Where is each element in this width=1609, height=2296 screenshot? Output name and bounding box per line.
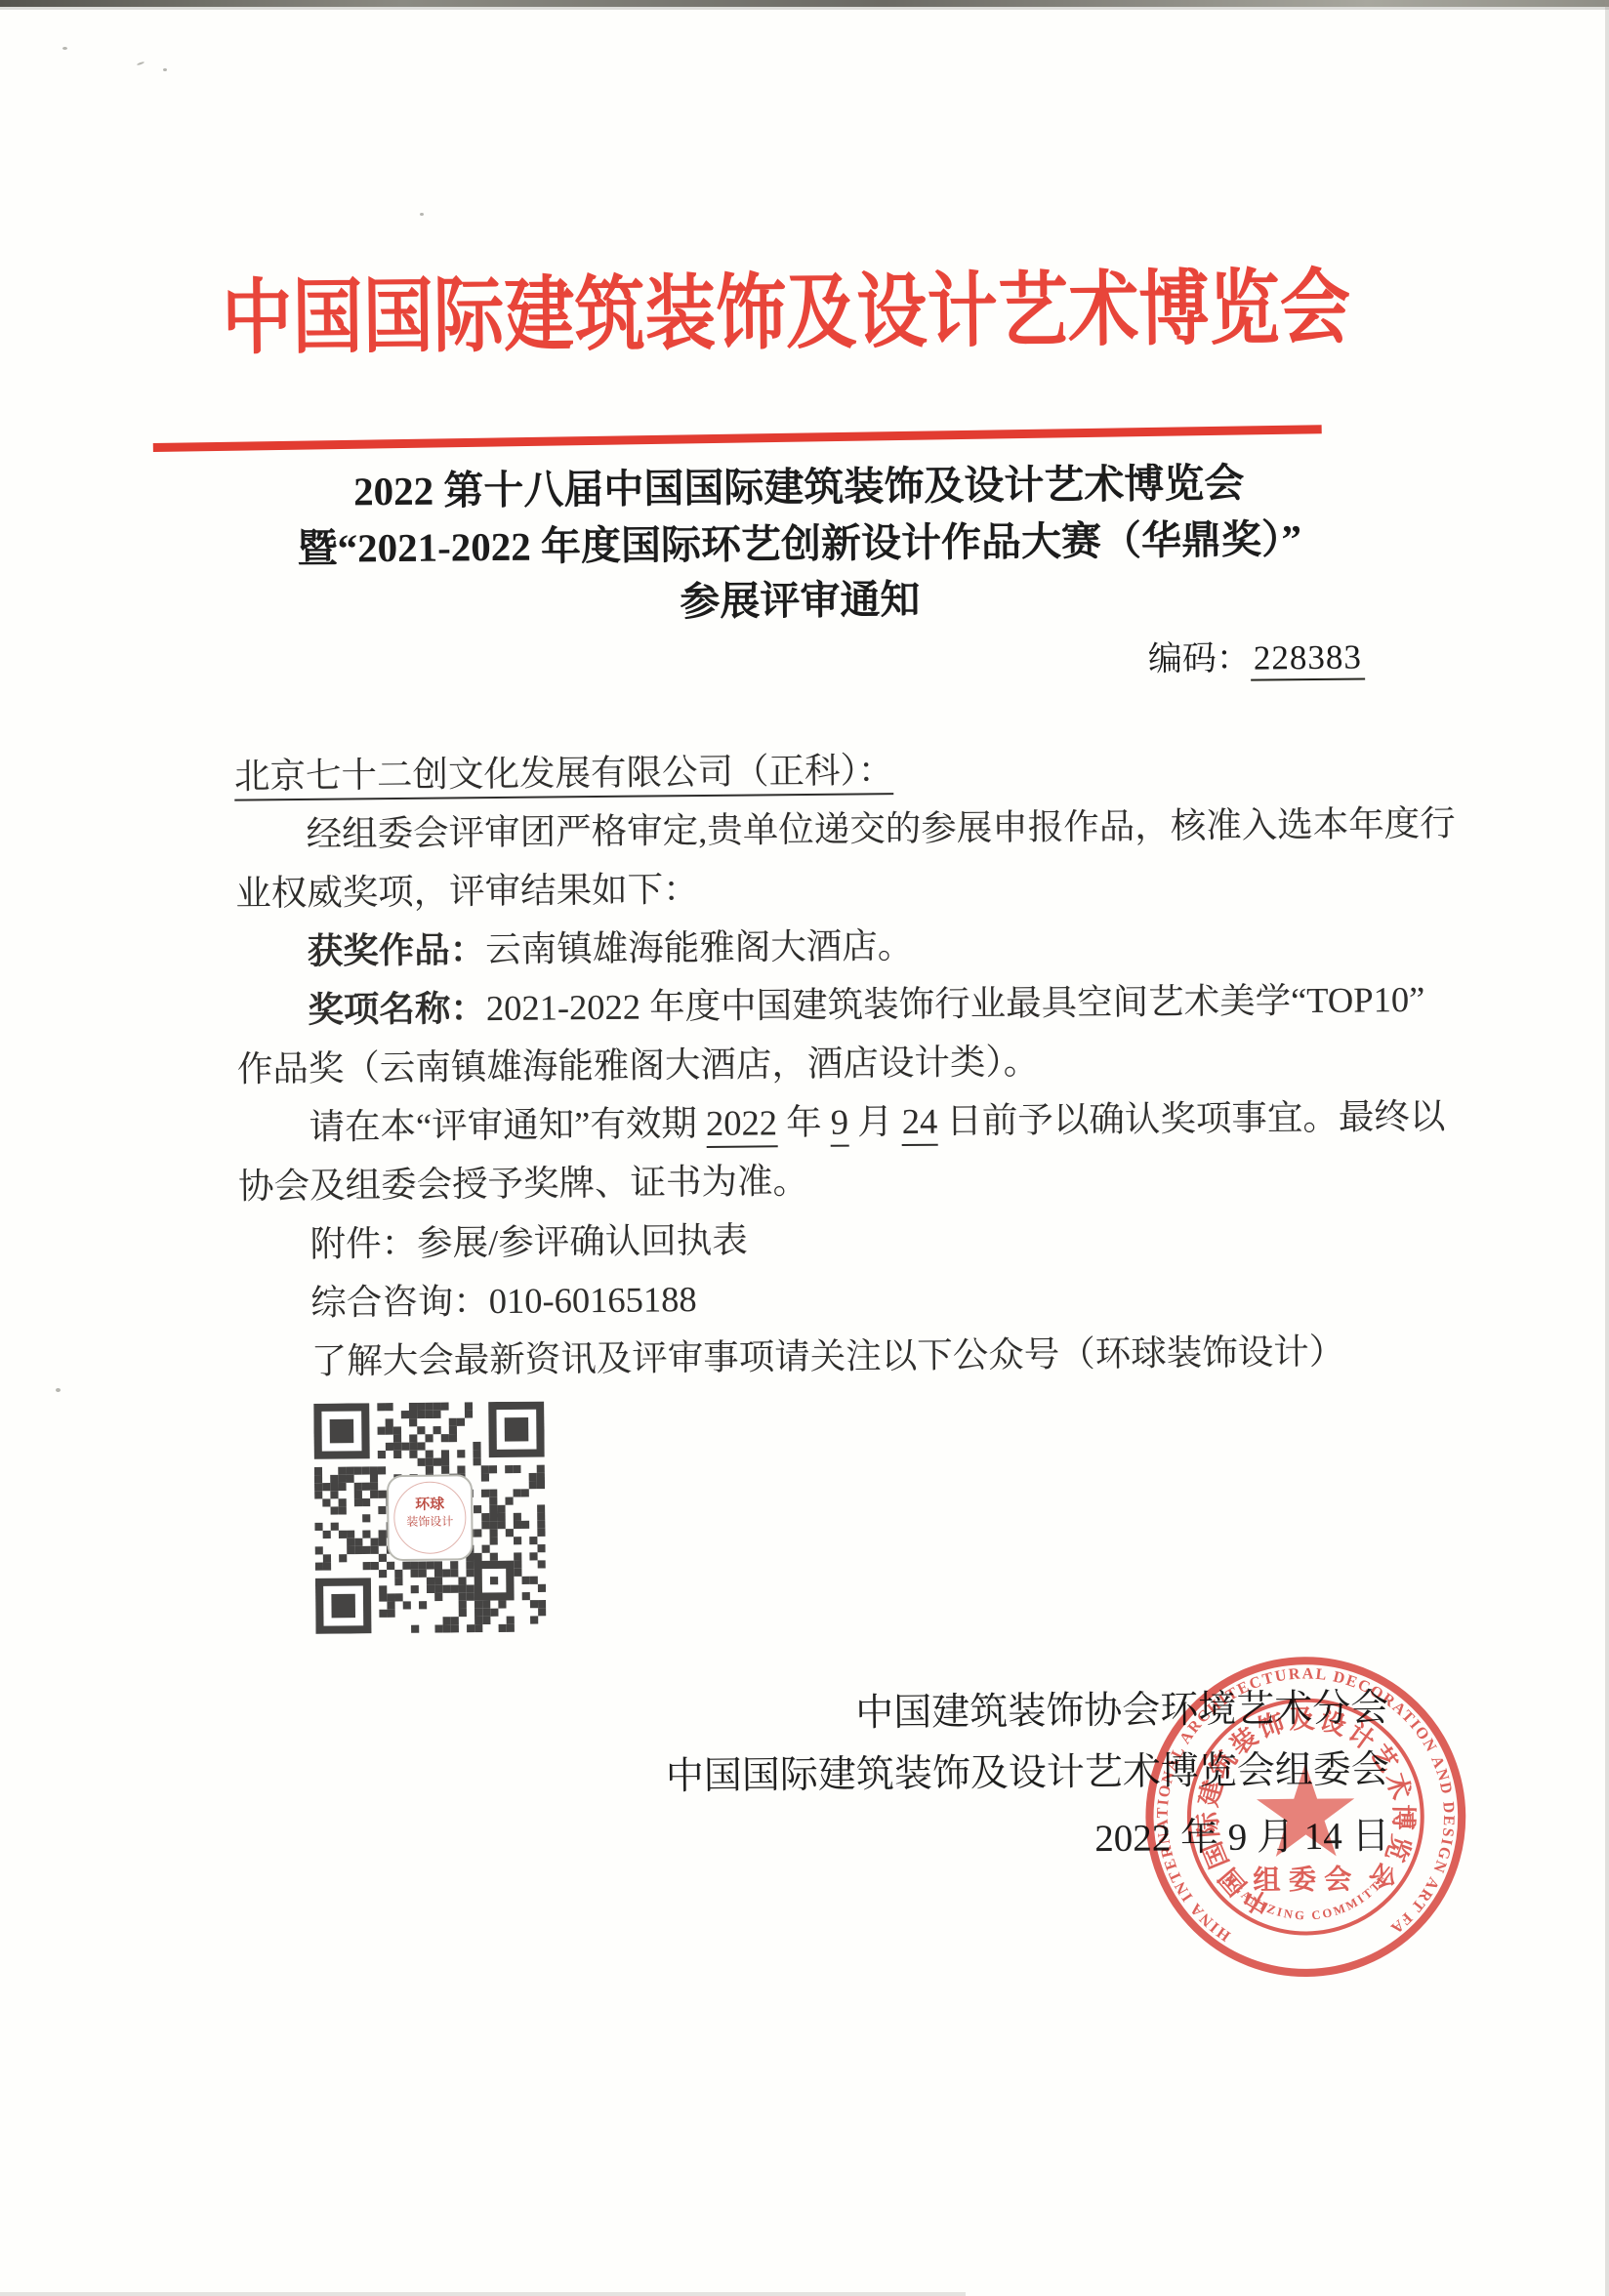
text-segment: 附件：参展/参评确认回执表 bbox=[309, 1220, 748, 1264]
text-segment: 24 bbox=[902, 1101, 938, 1146]
notice-body: 北京七十二创文化发展有限公司（正科）：经组委会评审团严格审定,贵单位递交的参展申… bbox=[234, 736, 1431, 1392]
document-code: 编码：228383 bbox=[1148, 630, 1365, 680]
text-segment: 了解大会最新资讯及评审事项请关注以下公众号（环球装饰设计） bbox=[311, 1332, 1345, 1381]
text-segment: 奖项名称： bbox=[308, 988, 486, 1030]
text-segment: 云南镇雄海能雅阁大酒店。 bbox=[485, 925, 913, 969]
text-segment: 协会及组委会授予奖牌、证书为准。 bbox=[238, 1161, 808, 1207]
text-segment: 9 bbox=[831, 1102, 849, 1147]
body-line-11: 了解大会最新资讯及评审事项请关注以下公众号（环球装饰设计） bbox=[240, 1322, 1432, 1392]
text-segment: 月 bbox=[848, 1101, 902, 1142]
document-code-label: 编码： bbox=[1148, 639, 1251, 678]
qr-logo-ring bbox=[393, 1481, 467, 1554]
text-segment: 北京七十二创文化发展有限公司（正科）： bbox=[234, 750, 894, 800]
text-segment: 请在本“评审通知”有效期 bbox=[309, 1103, 706, 1147]
notice-title-block: 2022 第十八届中国国际建筑装饰及设计艺术博览会 暨“2021-2022 年度… bbox=[0, 451, 1605, 636]
text-segment: 日前予以确认奖项事宜。最终以 bbox=[937, 1096, 1445, 1141]
scanned-notice-page: 中国国际建筑装饰及设计艺术博览会 2022 第十八届中国国际建筑装饰及设计艺术博… bbox=[0, 0, 1609, 2296]
text-segment: 经组委会评审团严格审定,贵单位递交的参展申报作品，核准入选本年度行 bbox=[306, 803, 1455, 854]
document-content: 中国国际建筑装饰及设计艺术博览会 2022 第十八届中国国际建筑装饰及设计艺术博… bbox=[0, 0, 1609, 2296]
text-segment: 作品奖（云南镇雄海能雅阁大酒店，酒店设计类）。 bbox=[237, 1042, 1040, 1089]
text-segment: 业权威奖项，评审结果如下： bbox=[235, 869, 699, 914]
body-line-7: 请在本“评审通知”有效期 2022 年 9 月 24 日前予以确认奖项事宜。最终… bbox=[237, 1087, 1429, 1158]
qr-code: 环球 装饰设计 bbox=[313, 1402, 546, 1634]
body-line-2: 经组委会评审团严格审定,贵单位递交的参展申报作品，核准入选本年度行 bbox=[234, 795, 1426, 865]
text-segment: 2022 bbox=[706, 1102, 777, 1148]
qr-center-logo: 环球 装饰设计 bbox=[387, 1474, 474, 1561]
red-divider-line bbox=[153, 425, 1322, 452]
text-segment: 获奖作品： bbox=[308, 929, 486, 971]
official-seal-stamp: CHINA INTERNATIONAL ARCHITECTURAL DECORA… bbox=[1136, 1647, 1475, 1986]
document-code-value: 228383 bbox=[1251, 637, 1365, 680]
text-segment: 2021-2022 年度中国建筑装饰行业最具空间艺术美学“TOP10” bbox=[486, 979, 1425, 1028]
seal-star-icon bbox=[1257, 1763, 1355, 1857]
text-segment: 年 bbox=[777, 1102, 831, 1143]
letterhead-title: 中国国际建筑装饰及设计艺术博览会 bbox=[222, 258, 1239, 369]
seal-center-text: 组委会 bbox=[1253, 1864, 1360, 1896]
body-line-5: 奖项名称：2021-2022 年度中国建筑装饰行业最具空间艺术美学“TOP10” bbox=[236, 970, 1428, 1041]
text-segment: 综合咨询：010-60165188 bbox=[310, 1279, 697, 1323]
